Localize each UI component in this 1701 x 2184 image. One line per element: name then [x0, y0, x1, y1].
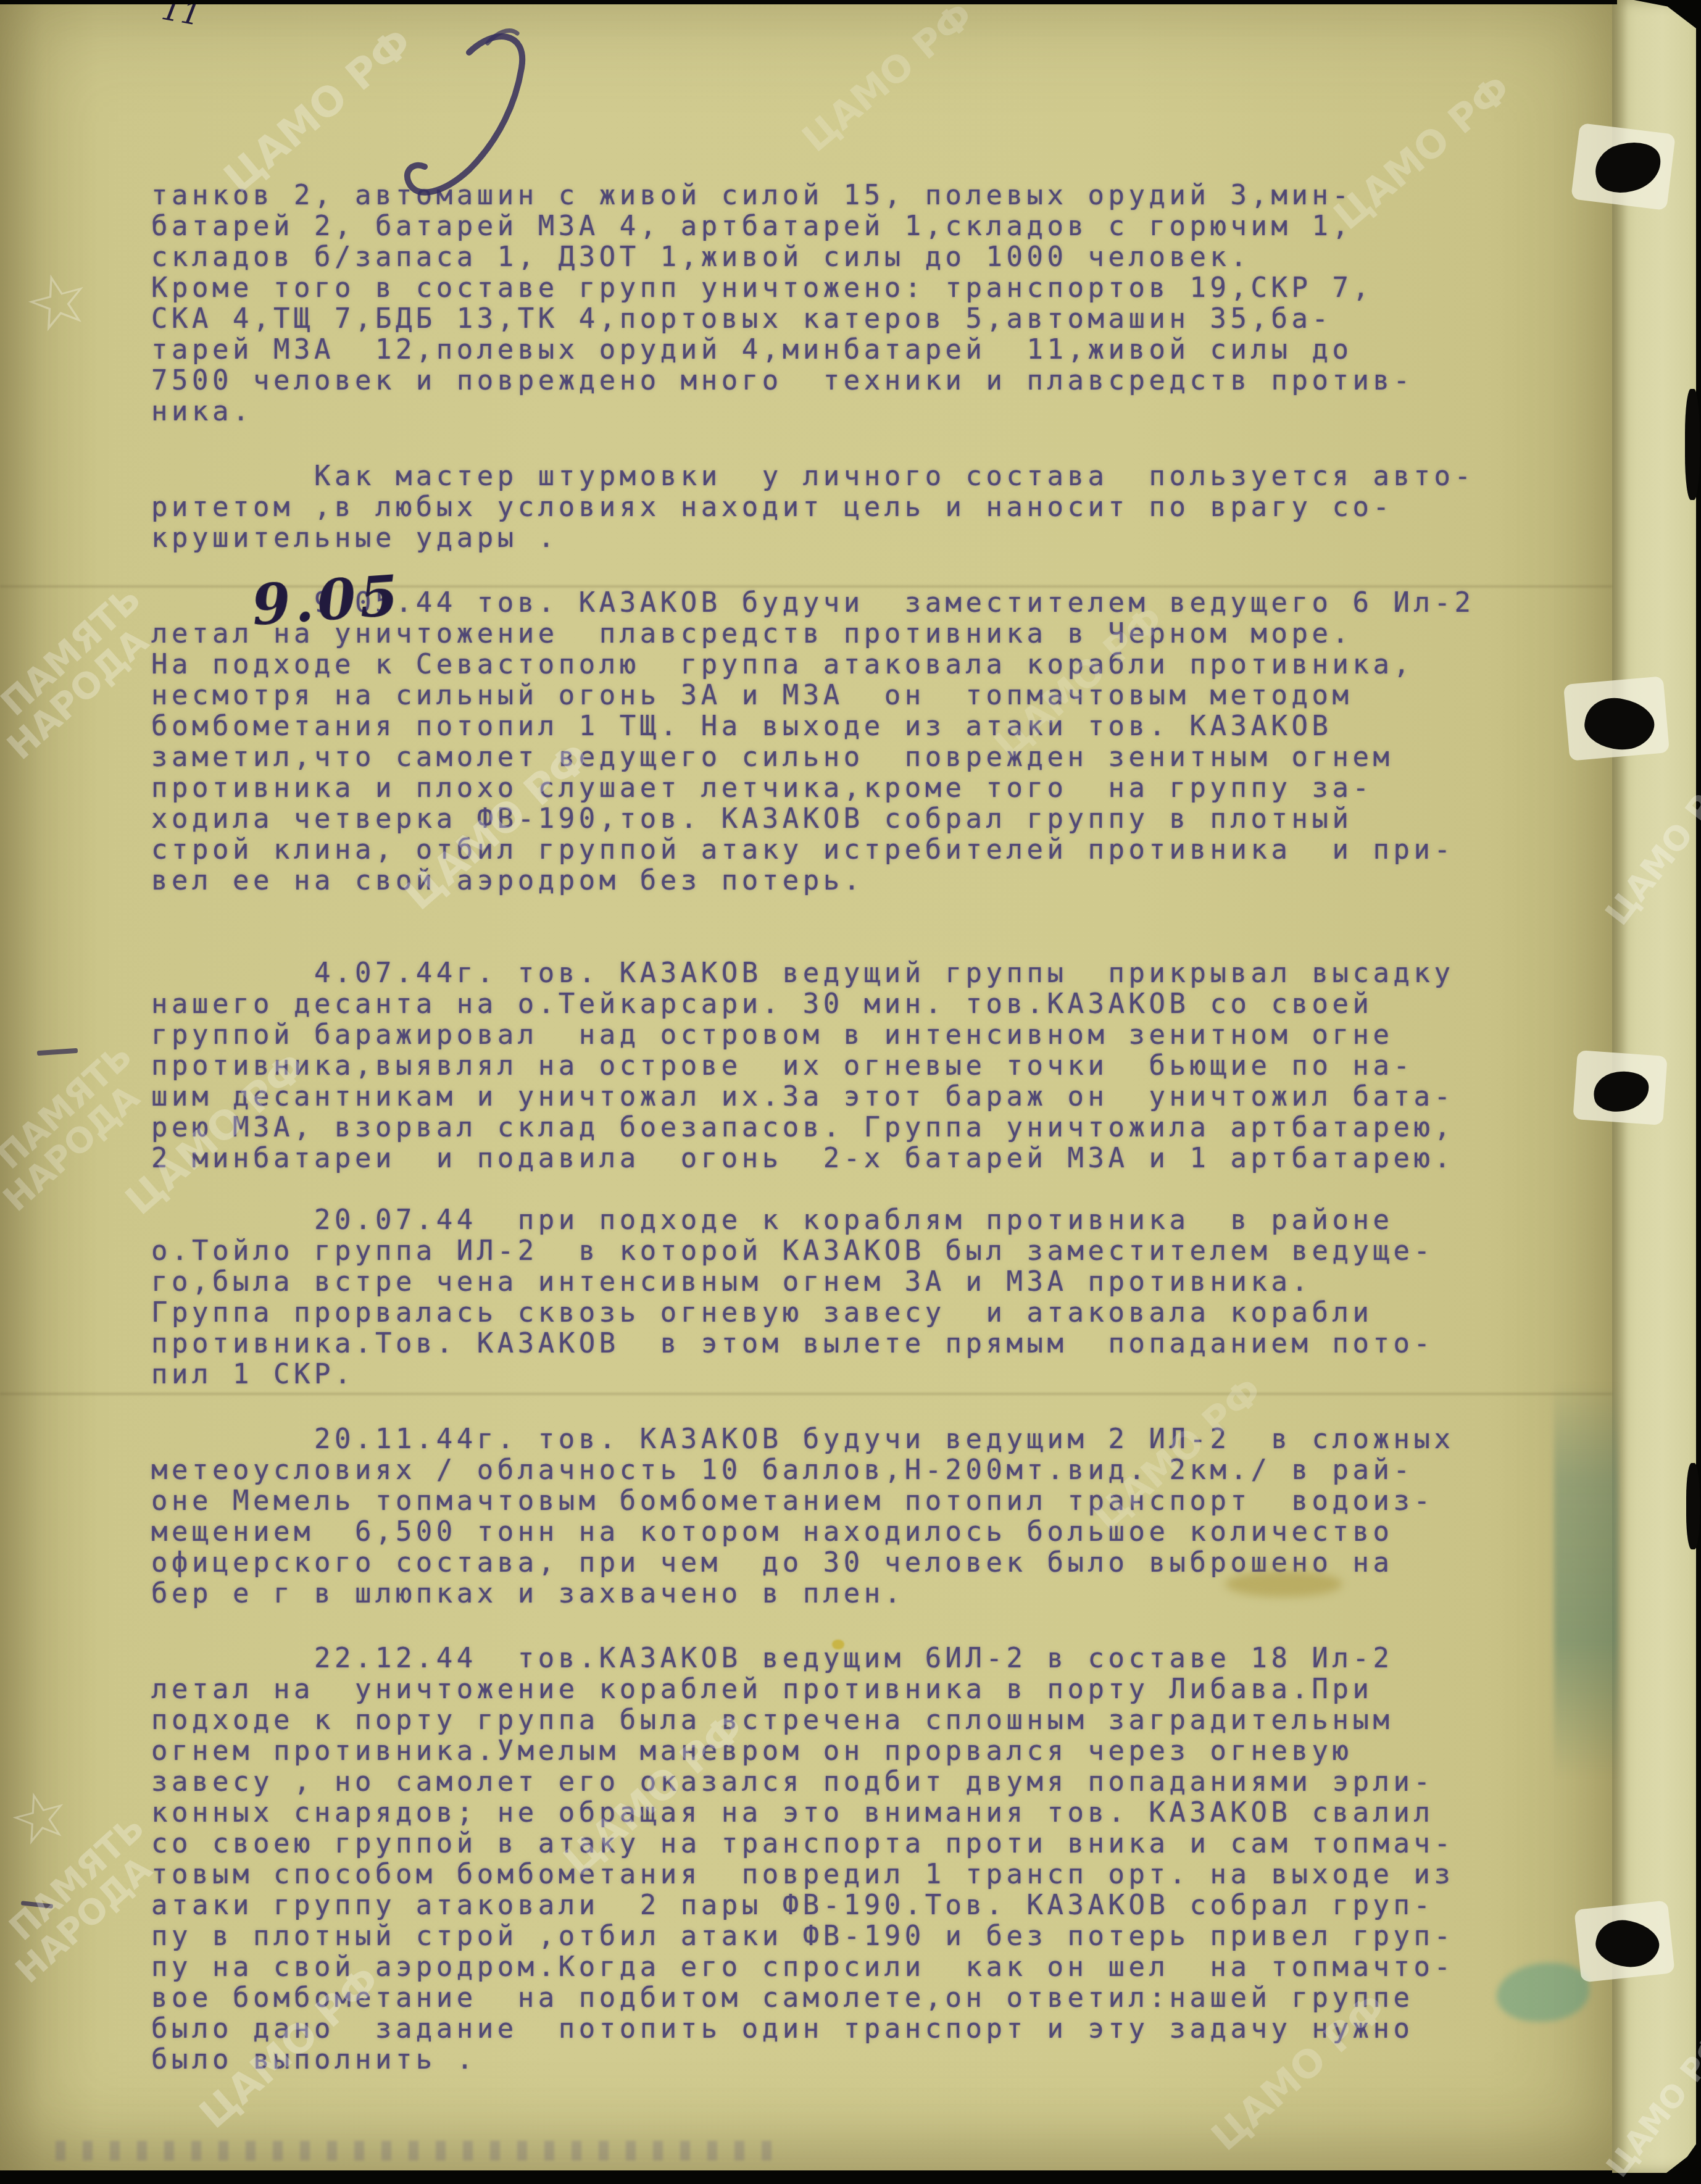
typed-line: офицерского состава, при чем до 30 челов…	[151, 1548, 1474, 1578]
typed-line: рею МЗА, взорвал склад боезапасов. Групп…	[151, 1112, 1474, 1143]
scanned-document: танков 2, автомашин с живой силой 15, по…	[0, 0, 1701, 2173]
typed-line: шим десантникам и уничтожал их.За этот б…	[151, 1082, 1474, 1112]
typed-line: летал на уничтожение кораблей противника…	[151, 1674, 1474, 1705]
typed-line: заметил,что самолет ведущего сильно повр…	[151, 742, 1474, 773]
typed-paragraph: Как мастер штурмовки у личного состава п…	[151, 461, 1474, 554]
typed-line: тарей МЗА 12,полевых орудий 4,минбатарей…	[151, 335, 1474, 365]
typed-line: Как мастер штурмовки у личного состава п…	[151, 461, 1474, 492]
typed-line: танков 2, автомашин с живой силой 15, по…	[151, 180, 1474, 211]
typed-line: пу на свой аэродром.Когда его спросили к…	[151, 1952, 1474, 1983]
typed-line: мещением 6,500 тонн на котором находилос…	[151, 1517, 1474, 1548]
typed-line: противника и плохо слушает летчика,кроме…	[151, 773, 1474, 804]
typed-line: складов б/запаса 1, ДЗОТ 1,живой силы до…	[151, 242, 1474, 273]
bottom-edge-smudge	[56, 2141, 784, 2161]
typed-line: строй клина, отбил группой атаку истреби…	[151, 835, 1474, 865]
typed-line: бомбометания потопил 1 ТЩ. На выходе из …	[151, 711, 1474, 742]
typed-line: бер е г в шлюпках и захвачено в плен.	[151, 1578, 1474, 1609]
typed-line: атаки группу атаковали 2 пары ФВ-190.Тов…	[151, 1890, 1474, 1921]
typed-line: конных снарядов; не обращая на это внима…	[151, 1798, 1474, 1828]
typed-line: ритетом ,в любых условиях находит цель и…	[151, 492, 1474, 523]
handwritten-flourish	[395, 25, 555, 222]
typed-line: батарей 2, батарей МЗА 4, артбатарей 1,с…	[151, 211, 1474, 242]
typed-line: было дано задание потопить один транспор…	[151, 2014, 1474, 2044]
typed-line: 4.07.44г. тов. КАЗАКОВ ведущий группы пр…	[151, 958, 1474, 989]
typed-line: вое бомбометание на подбитом самолете,он…	[151, 1983, 1474, 2014]
typed-line: ходила четверка ФВ-190,тов. КАЗАКОВ собр…	[151, 804, 1474, 835]
typed-line: со своею группой в атаку на транспорта п…	[151, 1828, 1474, 1859]
typed-line: пил 1 СКР.	[151, 1359, 1474, 1390]
typed-line: подходе к порту группа была встречена сп…	[151, 1705, 1474, 1736]
typed-line: несмотря на сильный огонь ЗА и МЗА он то…	[151, 680, 1474, 711]
typed-line: нашего десанта на о.Тейкарсари. 30 мин. …	[151, 989, 1474, 1020]
typed-paragraph: 20.07.44 при подходе к кораблям противни…	[151, 1205, 1474, 1390]
typed-line: противника,выявлял на острове их огневые…	[151, 1051, 1474, 1082]
torn-edge-nick	[1686, 1463, 1700, 1549]
typed-line: товым способом бомбометания повредил 1 т…	[151, 1859, 1474, 1890]
typed-paragraph: танков 2, автомашин с живой силой 15, по…	[151, 180, 1474, 427]
typed-line: 22.12.44 тов.КАЗАКОВ ведущим 6ИЛ-2 в сос…	[151, 1643, 1474, 1674]
typed-line: было выполнить .	[151, 2044, 1474, 2075]
typed-line: го,была встре чена интенсивным огнем ЗА …	[151, 1267, 1474, 1298]
typed-line: оне Мемель топмачтовым бомбометанием пот…	[151, 1486, 1474, 1517]
typed-paragraph: 4.07.44г. тов. КАЗАКОВ ведущий группы пр…	[151, 958, 1474, 1174]
typed-line: группой баражировал над островом в интен…	[151, 1020, 1474, 1051]
typed-line: 7500 человек и повреждено много техники …	[151, 365, 1474, 396]
typed-line: метеоусловиях / облачность 10 баллов,Н-2…	[151, 1455, 1474, 1486]
typed-line: На подходе к Севастополю группа атаковал…	[151, 649, 1474, 680]
scan-edge-black	[0, 0, 1617, 4]
typed-line: пу в плотный строй ,отбил атаки ФВ-190 и…	[151, 1921, 1474, 1952]
typed-line: противника.Тов. КАЗАКОВ в этом вылете пр…	[151, 1328, 1474, 1359]
typed-line: 20.07.44 при подходе к кораблям противни…	[151, 1205, 1474, 1236]
typed-line: СКА 4,ТЩ 7,БДБ 13,ТК 4,портовых катеров …	[151, 304, 1474, 335]
typed-paragraph: 22.12.44 тов.КАЗАКОВ ведущим 6ИЛ-2 в сос…	[151, 1643, 1474, 2075]
typed-line: ника.	[151, 396, 1474, 427]
torn-edge-nick	[1685, 389, 1700, 500]
typed-line: вел ее на свой аэродром без потерь.	[151, 865, 1474, 896]
typed-line: 20.11.44г. тов. КАЗАКОВ будучи ведущим 2…	[151, 1424, 1474, 1455]
typed-line: о.Тойло группа ИЛ-2 в которой КАЗАКОВ бы…	[151, 1236, 1474, 1267]
typed-line: огнем противника.Умелым маневром он прор…	[151, 1736, 1474, 1767]
typed-text: танков 2, автомашин с живой силой 15, по…	[151, 180, 1474, 2109]
typed-line: завесу , но самолет его оказался подбит …	[151, 1767, 1474, 1798]
handwritten-date-overwrite: 9.05	[250, 563, 404, 639]
typed-line: Группа прорвалась сквозь огневую завесу …	[151, 1298, 1474, 1328]
typed-line: Кроме того в составе групп уничтожено: т…	[151, 273, 1474, 304]
typed-paragraph: 9.05.44 тов. КАЗАКОВ будучи заместителем…	[151, 588, 1474, 896]
typed-line: крушительные удары .	[151, 523, 1474, 554]
typed-paragraph: 20.11.44г. тов. КАЗАКОВ будучи ведущим 2…	[151, 1424, 1474, 1609]
typed-line: 2 минбатареи и подавила огонь 2-х батаре…	[151, 1143, 1474, 1174]
